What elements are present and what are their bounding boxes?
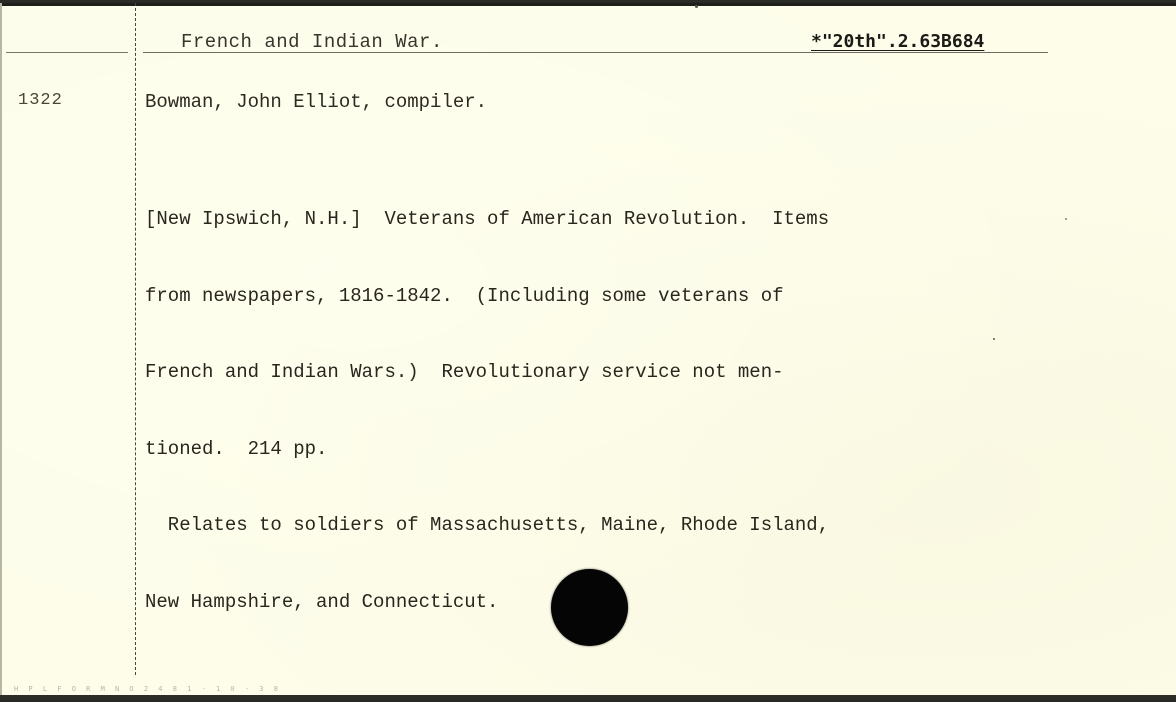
- description-line: tioned. 214 pp.: [145, 437, 1035, 463]
- entry-number: 1322: [18, 91, 63, 110]
- ink-speck: [1065, 218, 1067, 220]
- heading-row: French and Indian War. *"20th".2.63B684: [143, 31, 1048, 57]
- description-line: Relates to soldiers of Massachusetts, Ma…: [145, 513, 1035, 539]
- call-number: *"20th".2.63B684: [811, 31, 984, 52]
- card-top-edge: [0, 3, 1176, 6]
- ink-speck: [695, 5, 698, 8]
- margin-rule-vertical: [135, 3, 136, 675]
- subject-heading: French and Indian War.: [181, 31, 443, 53]
- description-line: French and Indian Wars.) Revolutionary s…: [145, 360, 1035, 386]
- card-left-edge: [0, 3, 2, 699]
- description-line: [New Ipswich, N.H.] Veterans of American…: [145, 207, 1035, 233]
- card-bottom-edge: [0, 695, 1176, 699]
- ink-speck: [993, 338, 995, 340]
- catalog-card: French and Indian War. *"20th".2.63B684 …: [0, 3, 1176, 699]
- description-line: from newspapers, 1816-1842. (Including s…: [145, 284, 1035, 310]
- author-line: Bowman, John Elliot, compiler.: [145, 91, 487, 113]
- punch-hole-icon: [551, 569, 628, 646]
- form-imprint: H P L F O R M N O 2 4 8 1 - 1 0 - 3 8: [14, 685, 281, 693]
- margin-rule-horizontal: [6, 52, 128, 53]
